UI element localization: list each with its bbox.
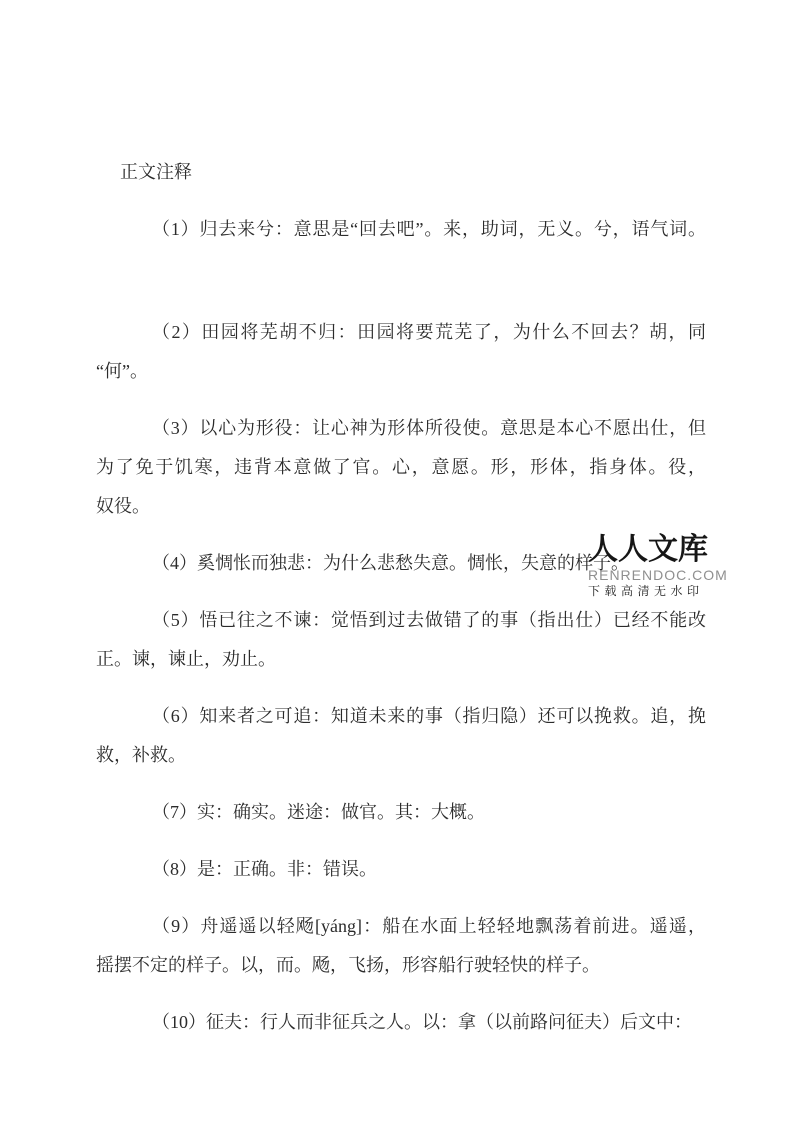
text-line: （7）实：确实。迷途：做官。其：大概。: [96, 793, 706, 832]
text-line: 奴役。: [96, 487, 706, 526]
text-line: （1）归去来兮：意思是“回去吧”。来，助词，无义。兮，语气词。: [96, 210, 706, 249]
paragraph: （3）以心为形役：让心神为形体所役使。意思是本心不愿出仕，但为了免于饥寒，违背本…: [96, 409, 706, 526]
text-line: （5）悟已往之不谏：觉悟到过去做错了的事（指出仕）已经不能改: [96, 601, 706, 640]
paragraph: （5）悟已往之不谏：觉悟到过去做错了的事（指出仕）已经不能改正。谏，谏止，劝止。: [96, 601, 706, 679]
text-line: （2）田园将芜胡不归：田园将要荒芜了，为什么不回去？胡，同: [96, 313, 706, 352]
text-line: （8）是：正确。非：错误。: [96, 850, 706, 889]
document-body: （1）归去来兮：意思是“回去吧”。来，助词，无义。兮，语气词。（2）田园将芜胡不…: [96, 210, 706, 1042]
paragraph: （7）实：确实。迷途：做官。其：大概。: [96, 793, 706, 832]
page-title: 正文注释: [120, 153, 706, 192]
text-line: （10）征夫：行人而非征兵之人。以：拿（以前路问征夫）后文中：: [96, 1003, 706, 1042]
document-page: 正文注释 （1）归去来兮：意思是“回去吧”。来，助词，无义。兮，语气词。（2）田…: [0, 0, 800, 1132]
paragraph: （9）舟遥遥以轻飏[yáng]：船在水面上轻轻地飘荡着前进。遥遥，摇摆不定的样子…: [96, 907, 706, 985]
text-line: （4）奚惆怅而独悲：为什么悲愁失意。惆怅，失意的样子。: [96, 544, 706, 583]
text-line: （3）以心为形役：让心神为形体所役使。意思是本心不愿出仕，但: [96, 409, 706, 448]
paragraph: （4）奚惆怅而独悲：为什么悲愁失意。惆怅，失意的样子。: [96, 544, 706, 583]
paragraph: （8）是：正确。非：错误。: [96, 850, 706, 889]
paragraph: （1）归去来兮：意思是“回去吧”。来，助词，无义。兮，语气词。: [96, 210, 706, 249]
paragraph: （10）征夫：行人而非征兵之人。以：拿（以前路问征夫）后文中：: [96, 1003, 706, 1042]
text-line: （6）知来者之可追：知道未来的事（指归隐）还可以挽救。追，挽: [96, 697, 706, 736]
text-line: “何”。: [96, 352, 706, 391]
paragraph: （6）知来者之可追：知道未来的事（指归隐）还可以挽救。追，挽救，补救。: [96, 697, 706, 775]
text-line: 为了免于饥寒，违背本意做了官。心，意愿。形，形体，指身体。役，: [96, 448, 706, 487]
text-line: （9）舟遥遥以轻飏[yáng]：船在水面上轻轻地飘荡着前进。遥遥，: [96, 907, 706, 946]
text-line: 摇摆不定的样子。以，而。飏，飞扬，形容船行驶轻快的样子。: [96, 946, 706, 985]
document-content: 正文注释 （1）归去来兮：意思是“回去吧”。来，助词，无义。兮，语气词。（2）田…: [0, 0, 800, 1042]
text-line: 正。谏，谏止，劝止。: [96, 640, 706, 679]
blank-paragraph: [96, 267, 706, 295]
text-line: 救，补救。: [96, 736, 706, 775]
paragraph: （2）田园将芜胡不归：田园将要荒芜了，为什么不回去？胡，同“何”。: [96, 313, 706, 391]
